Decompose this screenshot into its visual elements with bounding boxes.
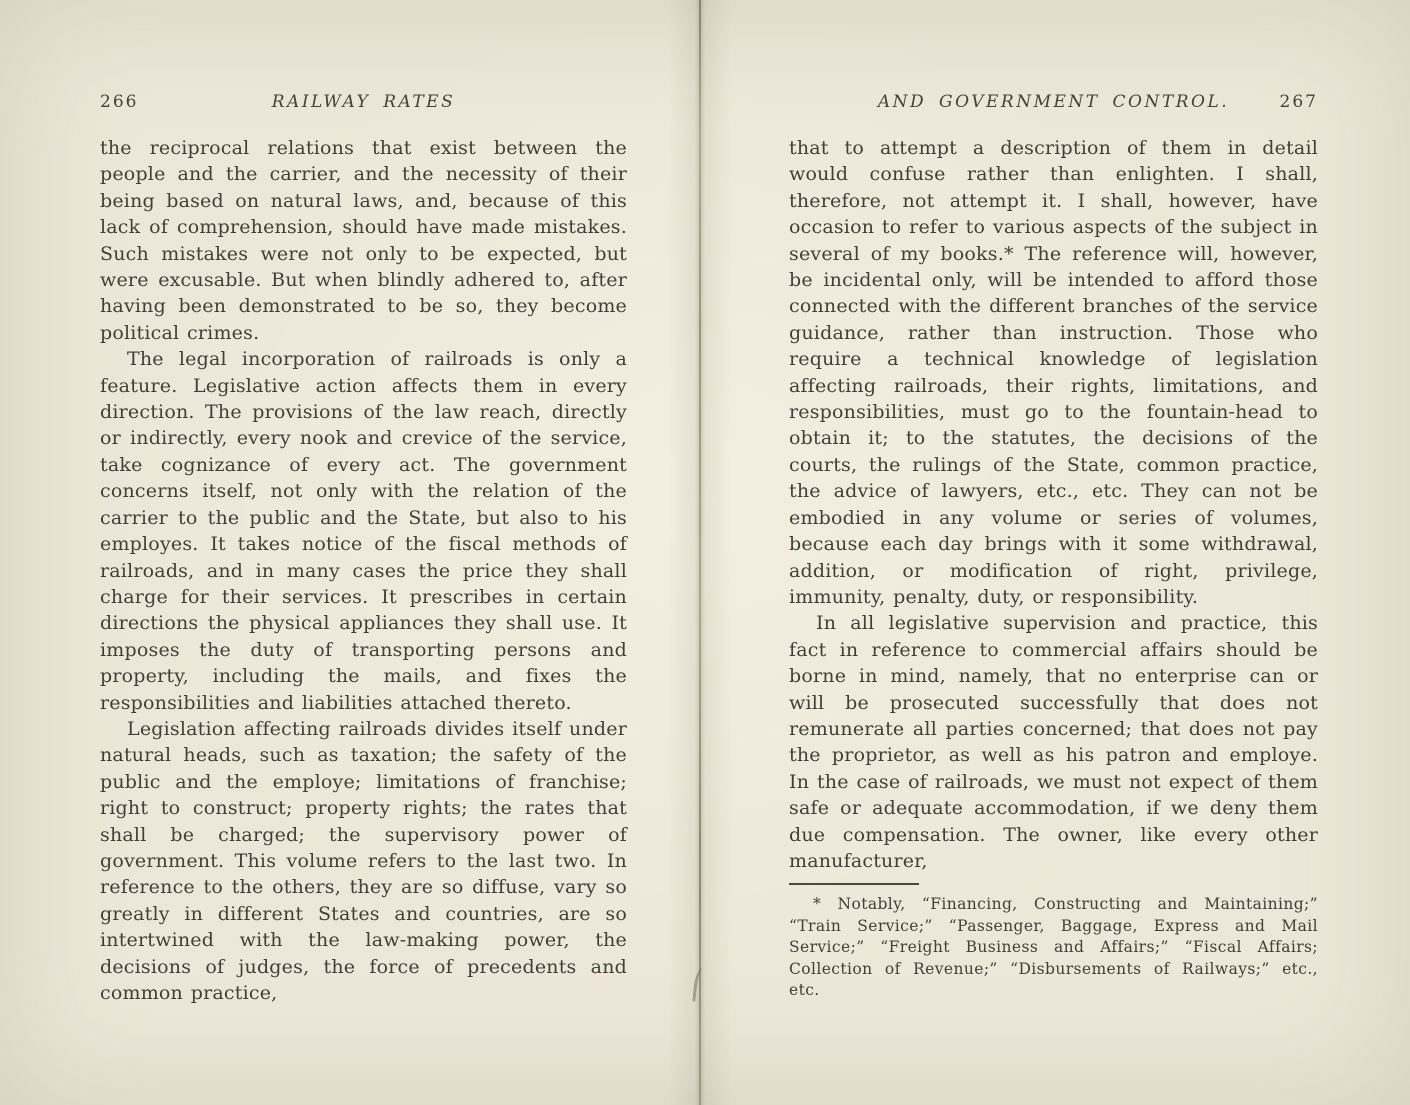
binding-stitch	[692, 967, 707, 1002]
right-page-body: that to attempt a description of them in…	[789, 135, 1318, 874]
footnote-block: * Notably, “Financing, Constructing and …	[789, 883, 1318, 1002]
paragraph: Legislation affecting railroads divides …	[100, 716, 627, 1006]
paragraph: The legal incorporation of railroads is …	[100, 346, 627, 716]
binding-gutter-shadow	[668, 0, 732, 1105]
left-running-head: RAILWAY RATES	[100, 92, 627, 112]
right-page-number: 267	[1280, 92, 1318, 112]
book-spread: 266 RAILWAY RATES the reciprocal relatio…	[0, 0, 1410, 1105]
left-page-body: the reciprocal relations that exist betw…	[100, 135, 627, 1006]
left-page-number: 266	[100, 92, 138, 112]
paragraph: that to attempt a description of them in…	[789, 135, 1318, 610]
binding-fold-line	[699, 0, 701, 1105]
paragraph: the reciprocal relations that exist betw…	[100, 135, 627, 346]
right-page: 267 AND GOVERNMENT CONTROL. that to atte…	[789, 92, 1318, 1002]
footnote-separator-rule	[789, 883, 919, 885]
left-page-header: 266 RAILWAY RATES	[100, 92, 627, 118]
paragraph: In all legislative supervision and pract…	[789, 610, 1318, 874]
left-page: 266 RAILWAY RATES the reciprocal relatio…	[100, 92, 627, 1006]
footnote: * Notably, “Financing, Constructing and …	[789, 894, 1318, 1002]
right-running-head: AND GOVERNMENT CONTROL.	[789, 92, 1318, 112]
right-page-header: 267 AND GOVERNMENT CONTROL.	[789, 92, 1318, 118]
